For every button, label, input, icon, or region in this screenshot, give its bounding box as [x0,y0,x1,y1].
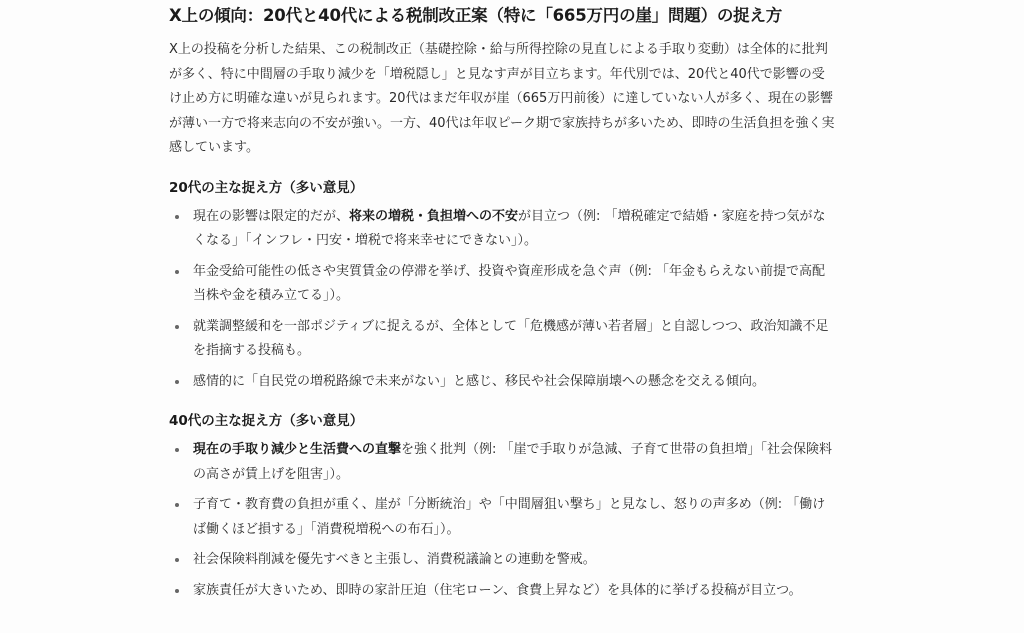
list-item: 現在の影響は限定的だが、将来の増税・負担増への不安が目立つ（例: 「増税確定で結… [169,205,835,254]
list-item: 社会保険料削減を優先すべきと主張し、消費税議論との連動を警戒。 [169,548,835,573]
section-heading-20s: 20代の主な捉え方（多い意見） [169,177,835,199]
list-item: 子育て・教育費の負担が重く、崖が「分断統治」や「中間層狙い撃ち」と見なし、怒りの… [169,493,835,542]
bullet-icon [175,448,179,452]
bullet-icon [175,558,179,562]
bullet-icon [175,215,179,219]
bullet-icon [175,503,179,507]
intro-paragraph: X上の投稿を分析した結果、この税制改正（基礎控除・給与所得控除の見直しによる手取… [169,38,835,161]
bullet-icon [175,325,179,329]
list-item: 年金受給可能性の低さや実質賃金の停滞を挙げ、投資や資産形成を急ぐ声（例: 「年金… [169,260,835,309]
article-content: X上の傾向：20代と40代による税制改正案（特に「665万円の崖」問題）の捉え方… [169,0,835,609]
list-item: 現在の手取り減少と生活費への直撃を強く批判（例: 「崖で手取りが急減、子育て世帯… [169,438,835,487]
list-item: 感情的に「自民党の増税路線で未来がない」と感じ、移民や社会保障崩壊への懸念を交え… [169,370,835,395]
list-40s: 現在の手取り減少と生活費への直撃を強く批判（例: 「崖で手取りが急減、子育て世帯… [169,438,835,603]
bullet-icon [175,589,179,593]
bullet-icon [175,380,179,384]
list-item: 就業調整緩和を一部ポジティブに捉えるが、全体として「危機感が薄い若者層」と自認し… [169,315,835,364]
section-heading-40s: 40代の主な捉え方（多い意見） [169,410,835,432]
bullet-icon [175,270,179,274]
page-title: X上の傾向：20代と40代による税制改正案（特に「665万円の崖」問題）の捉え方 [169,4,835,28]
list-20s: 現在の影響は限定的だが、将来の増税・負担増への不安が目立つ（例: 「増税確定で結… [169,205,835,395]
list-item: 家族責任が大きいため、即時の家計圧迫（住宅ローン、食費上昇など）を具体的に挙げる… [169,579,835,604]
